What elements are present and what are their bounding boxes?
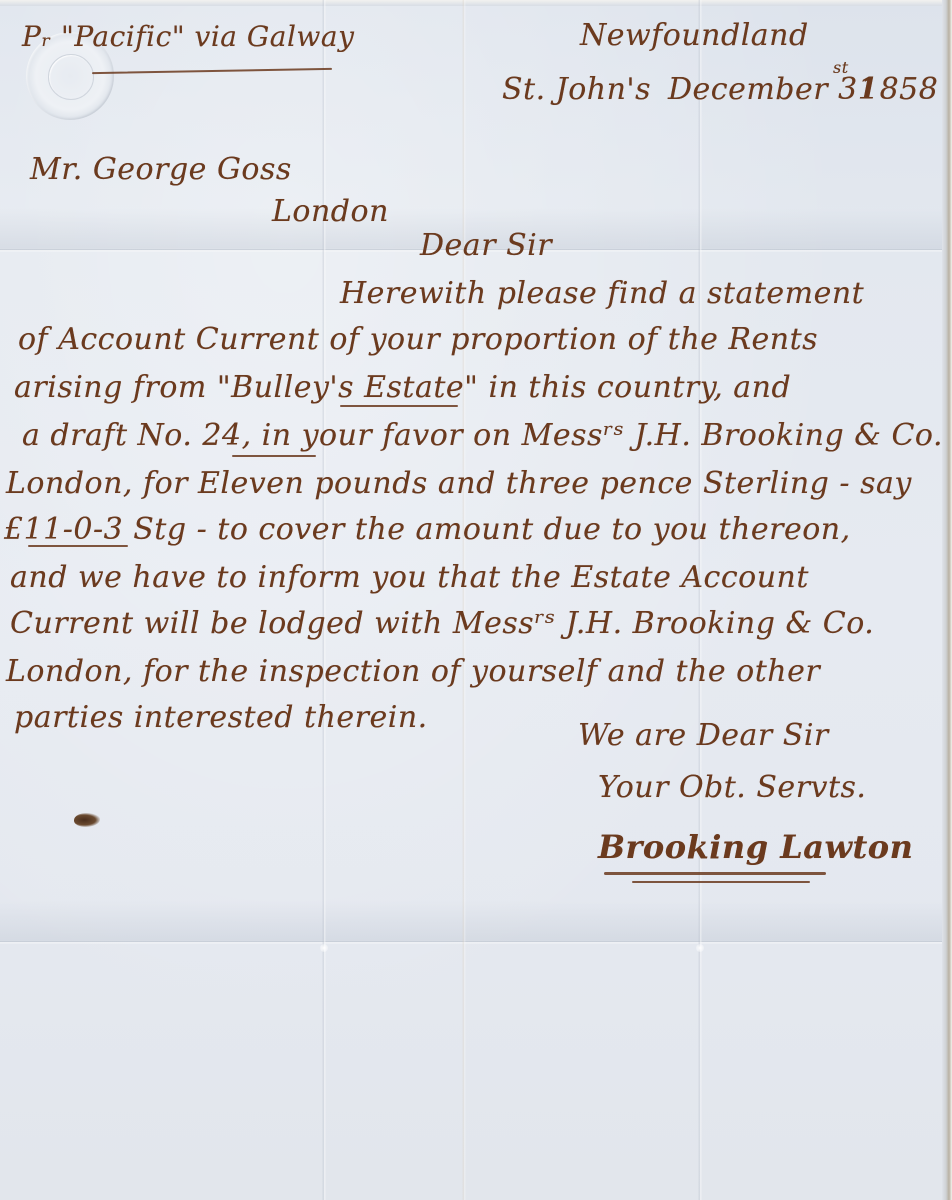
body-line: Current will be lodged with Messʳˢ J.H. … — [10, 606, 874, 641]
draft-number-underline — [232, 455, 316, 457]
letter-sheet: Pᵣ "Pacific" via Galway Newfoundland St.… — [0, 0, 952, 1200]
place-newfoundland: Newfoundland — [580, 18, 809, 53]
vertical-fold-line — [698, 0, 702, 1200]
addressee-city: London — [272, 194, 389, 229]
body-line: Herewith please find a statement — [340, 276, 864, 311]
salutation: Dear Sir — [420, 228, 552, 263]
signature: Brooking Lawton — [598, 828, 913, 866]
routing-note: Pᵣ "Pacific" via Galway — [22, 20, 354, 53]
closing-line: Your Obt. Servts. — [598, 770, 866, 805]
body-line: and we have to inform you that the Estat… — [10, 560, 809, 595]
signature-underline — [604, 872, 826, 875]
signature-underline — [632, 881, 810, 883]
ink-blot-icon — [74, 813, 100, 827]
paper-right-edge — [942, 0, 952, 1200]
body-line: £11-0-3 Stg - to cover the amount due to… — [4, 512, 851, 547]
fold-shadow — [0, 900, 942, 940]
date-suffix: st — [833, 58, 849, 77]
body-line: London, for the inspection of yourself a… — [6, 654, 820, 689]
vertical-fold-line — [322, 0, 326, 1200]
addressee-name: Mr. George Goss — [30, 152, 292, 187]
crease-mark — [696, 944, 704, 952]
paper-top-edge — [0, 0, 952, 6]
body-line: of Account Current of your proportion of… — [18, 322, 818, 357]
body-line: London, for Eleven pounds and three penc… — [6, 466, 912, 501]
date-year: 1858 — [860, 72, 938, 107]
crease-mark — [320, 944, 328, 952]
date-month-day: December 31 — [668, 72, 877, 107]
place-st-johns: St. John's — [502, 72, 651, 107]
horizontal-fold-line — [0, 940, 942, 944]
estate-name-underline — [340, 405, 458, 407]
amount-underline — [28, 545, 128, 547]
body-line: arising from "Bulley's Estate" in this c… — [14, 370, 791, 405]
body-line: a draft No. 24, in your favor on Messʳˢ … — [22, 418, 943, 453]
body-line: parties interested therein. — [14, 700, 428, 735]
routing-note-underline — [92, 68, 332, 74]
seal-inner-ring — [48, 54, 94, 100]
vertical-fold-line — [462, 0, 466, 1200]
closing-line: We are Dear Sir — [578, 718, 829, 753]
